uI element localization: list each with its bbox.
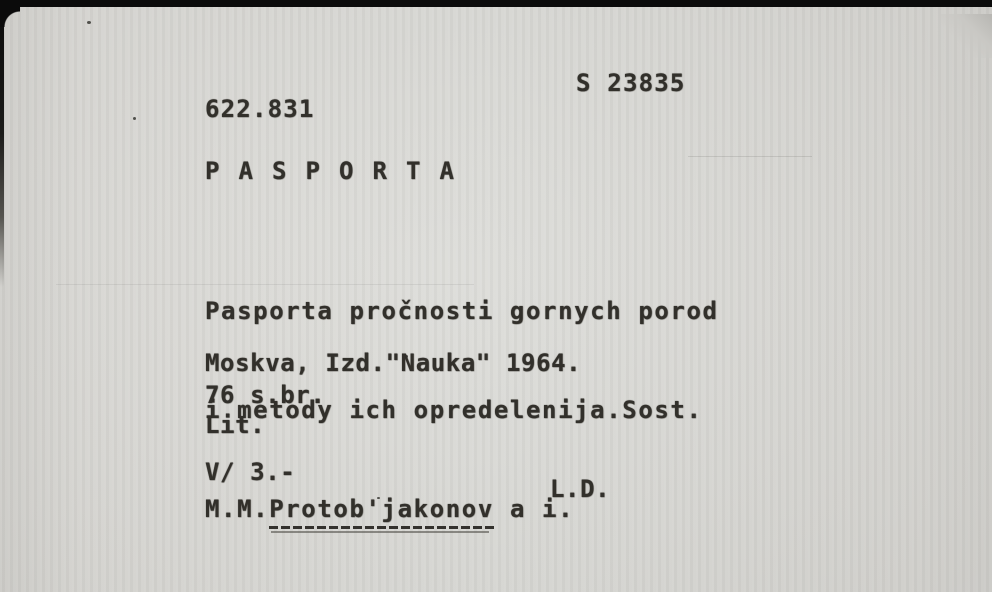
author-name-underlined: Protob'jakonov [269, 493, 494, 533]
scanned-catalog-card: S 23835 622.831 P A S P O R T A Pasporta… [0, 0, 992, 592]
accession-number: S 23835 [576, 69, 686, 97]
ink-speck [87, 21, 91, 24]
card-corner-bend [940, 14, 992, 58]
call-number: 622.831 [205, 95, 315, 123]
author-line: M.M.Protob'jakonov a i. [205, 493, 719, 526]
ink-speck [133, 117, 136, 120]
collation-line: 76 s.br. [205, 381, 325, 409]
price-line: V/ 3.- [205, 458, 295, 486]
card-heading: P A S P O R T A [205, 157, 456, 185]
scan-left-edge [0, 7, 4, 287]
note-line: Lit. [205, 411, 265, 439]
card-rounded-corner [0, 7, 20, 27]
scan-hairline [688, 156, 812, 157]
imprint-line: Moskva, Izd."Nauka" 1964. [205, 349, 581, 377]
cataloger-initials: L.D. [550, 475, 610, 503]
author-prefix: M.M. [205, 495, 269, 523]
title-line-1: Pasporta pročnosti gornych porod [205, 295, 719, 328]
title-block: Pasporta pročnosti gornych porod i metod… [205, 229, 719, 592]
catalog-card-paper: S 23835 622.831 P A S P O R T A Pasporta… [0, 7, 992, 592]
